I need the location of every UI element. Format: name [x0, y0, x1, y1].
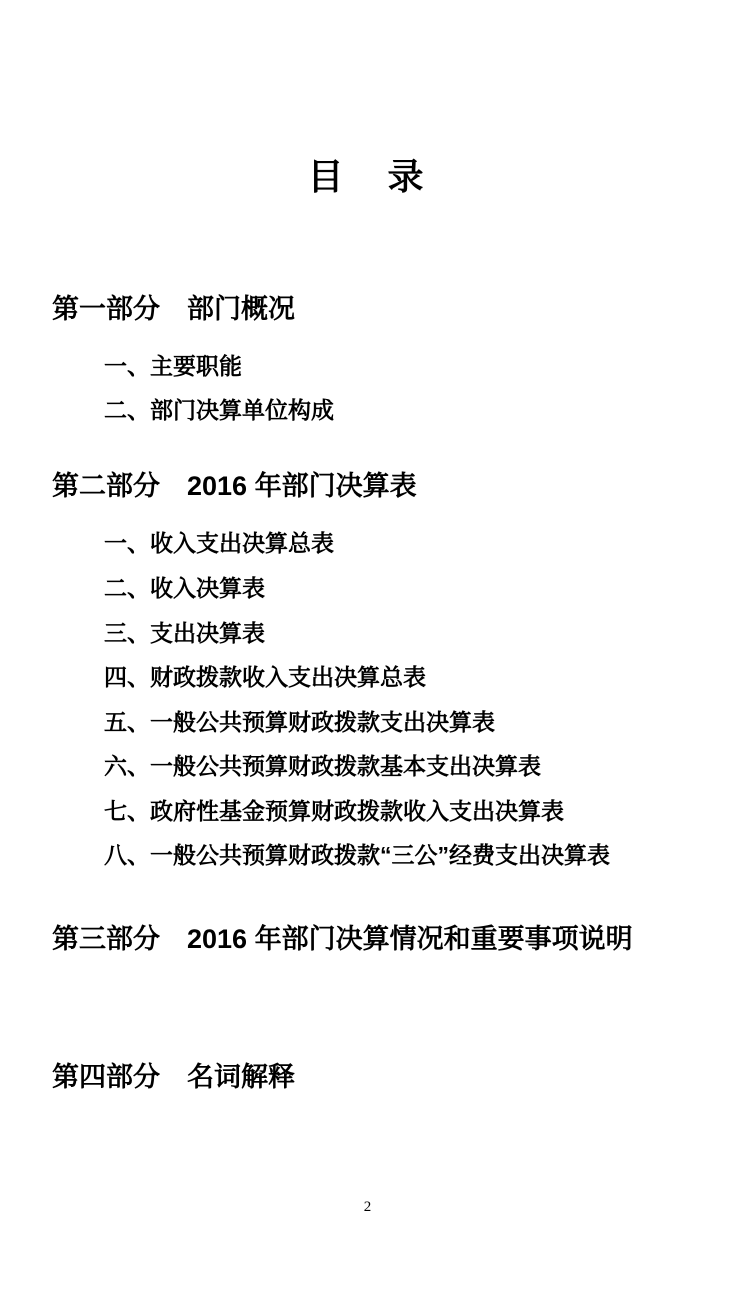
- toc-item: 一、主要职能: [104, 352, 242, 381]
- toc-item: 六、一般公共预算财政拨款基本支出决算表: [104, 752, 541, 781]
- toc-item: 三、支出决算表: [104, 619, 265, 648]
- toc-item: 二、收入决算表: [104, 574, 265, 603]
- toc-item: 五、一般公共预算财政拨款支出决算表: [104, 708, 495, 737]
- toc-section-heading-3: 第三部分 2016 年部门决算情况和重要事项说明: [52, 923, 633, 957]
- toc-item: 八、一般公共预算财政拨款“三公”经费支出决算表: [104, 841, 610, 870]
- toc-title: 目 录: [0, 155, 735, 198]
- page-number: 2: [0, 1199, 735, 1216]
- toc-section-heading-1: 第一部分 部门概况: [52, 293, 295, 327]
- toc-item: 二、部门决算单位构成: [104, 396, 334, 425]
- toc-item: 一、收入支出决算总表: [104, 529, 334, 558]
- toc-section-heading-4: 第四部分 名词解释: [52, 1061, 295, 1095]
- toc-section-heading-2: 第二部分 2016 年部门决算表: [52, 470, 417, 504]
- toc-item: 四、财政拨款收入支出决算总表: [104, 663, 426, 692]
- toc-item: 七、政府性基金预算财政拨款收入支出决算表: [104, 797, 564, 826]
- document-page: 目 录 第一部分 部门概况 一、主要职能 二、部门决算单位构成 第二部分 201…: [0, 0, 735, 1299]
